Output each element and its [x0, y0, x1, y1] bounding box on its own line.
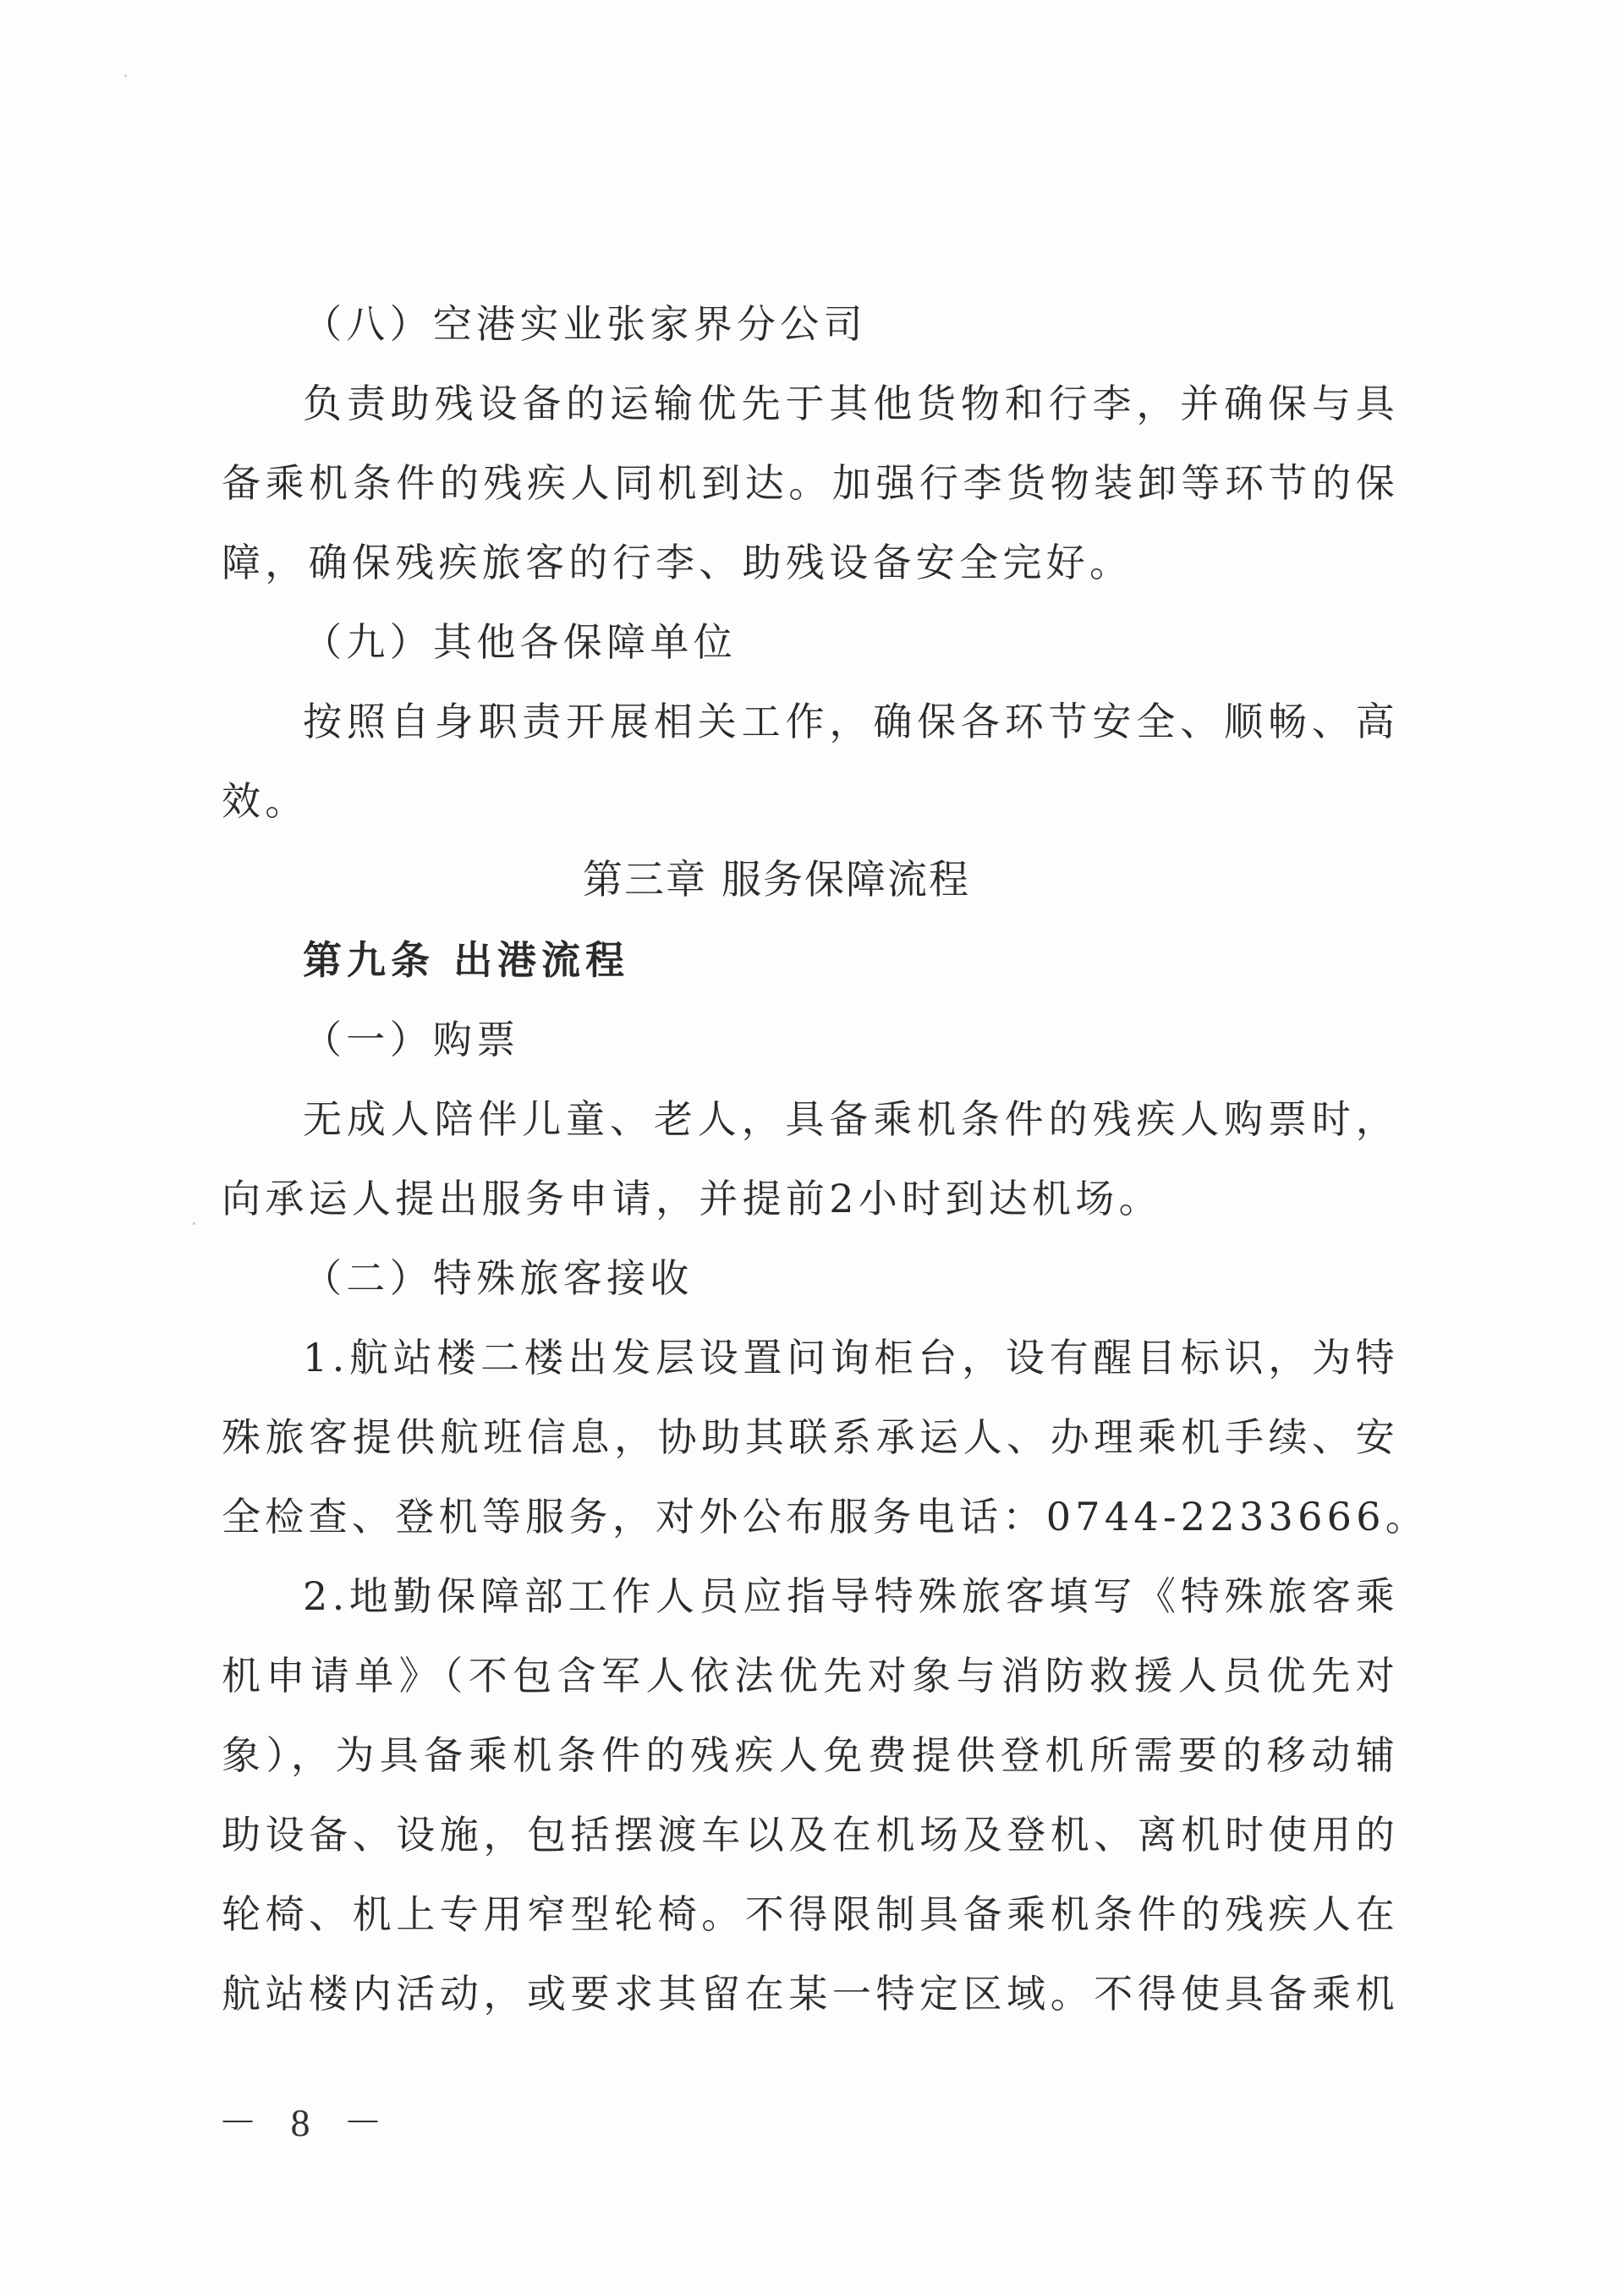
article-heading: 第九条 出港流程	[222, 935, 1399, 985]
paragraph-line: 障，确保残疾旅客的行李、助残设备安全完好。	[222, 537, 1399, 588]
scan-speck	[193, 1222, 195, 1225]
subsection-heading-1: （一）购票	[222, 1014, 1399, 1065]
paragraph-line: 1.航站楼二楼出发层设置问询柜台，设有醒目标识，为特	[222, 1332, 1399, 1383]
paragraph-line: 助设备、设施，包括摆渡车以及在机场及登机、离机时使用的	[222, 1809, 1399, 1860]
paragraph-line: 全检查、登机等服务，对外公布服务电话：0744-2233666。	[222, 1491, 1399, 1542]
page-number: － 8 －	[218, 2102, 394, 2144]
subsection-heading-9: （九）其他各保障单位	[222, 617, 1399, 667]
chapter-title: 第三章 服务保障流程	[222, 855, 1331, 906]
paragraph-line: 航站楼内活动，或要求其留在某一特定区域。不得使具备乘机	[222, 1968, 1399, 2019]
paragraph-line: 按照自身职责开展相关工作，确保各环节安全、顺畅、高	[222, 696, 1399, 747]
paragraph-line: 无成人陪伴儿童、老人，具备乘机条件的残疾人购票时，	[222, 1094, 1399, 1144]
subsection-heading-8: （八）空港实业张家界分公司	[222, 299, 1399, 349]
document-page: （八）空港实业张家界分公司 负责助残设备的运输优先于其他货物和行李，并确保与具 …	[0, 0, 1624, 2294]
paragraph-line: 轮椅、机上专用窄型轮椅。不得限制具备乘机条件的残疾人在	[222, 1889, 1399, 1940]
paragraph-line: 2.地勤保障部工作人员应指导特殊旅客填写《特殊旅客乘	[222, 1571, 1399, 1622]
paragraph-line: 殊旅客提供航班信息，协助其联系承运人、办理乘机手续、安	[222, 1412, 1399, 1463]
subsection-heading-2: （二）特殊旅客接收	[222, 1253, 1399, 1303]
paragraph-line: 备乘机条件的残疾人同机到达。加强行李货物装卸等环节的保	[222, 458, 1399, 508]
paragraph-line: 负责助残设备的运输优先于其他货物和行李，并确保与具	[222, 378, 1399, 429]
paragraph-line: 效。	[222, 776, 1399, 826]
paragraph-line: 象），为具备乘机条件的残疾人免费提供登机所需要的移动辅	[222, 1730, 1399, 1781]
paragraph-line: 机申请单》（不包含军人依法优先对象与消防救援人员优先对	[222, 1650, 1399, 1701]
paragraph-line: 向承运人提出服务申请，并提前2小时到达机场。	[222, 1173, 1399, 1224]
scan-speck	[124, 74, 127, 77]
